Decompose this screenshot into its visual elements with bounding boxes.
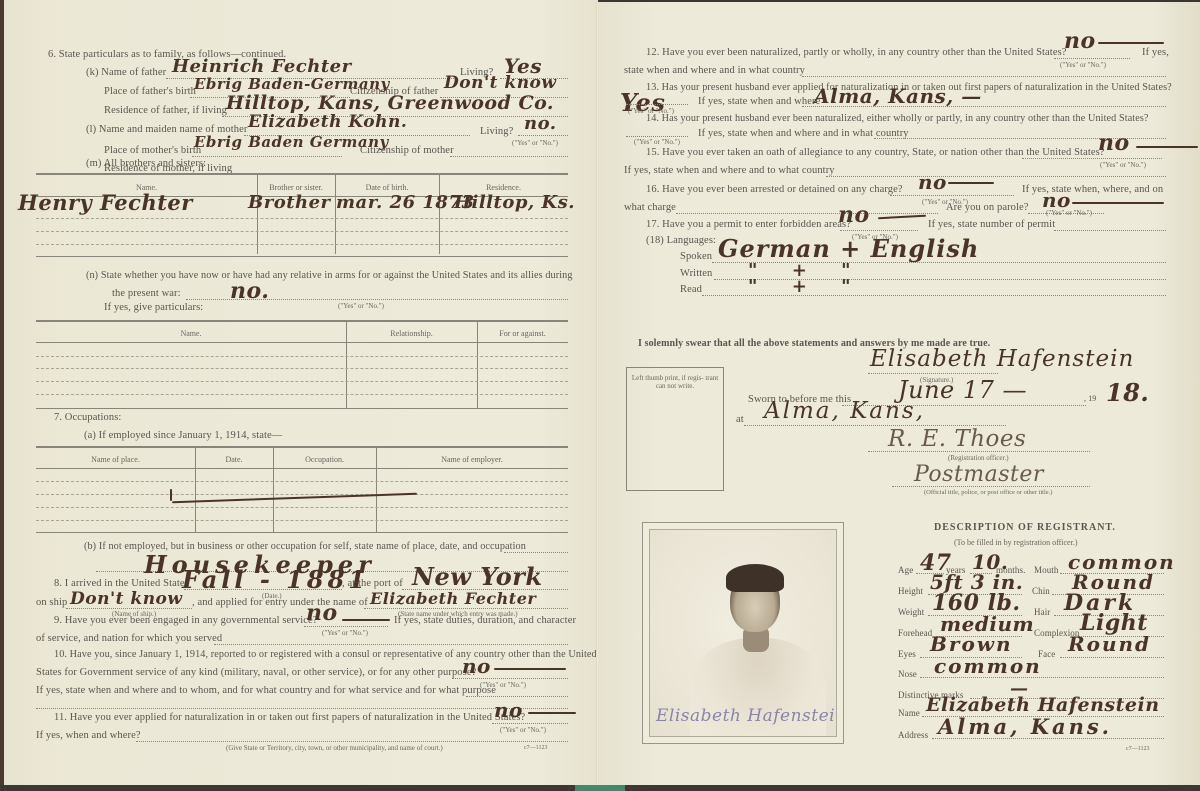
q9-label-cont: If yes, state duties, duration, and char…	[394, 615, 576, 626]
thumb-print-box[interactable]: Left thumb print, if regis- trant can no…	[626, 367, 724, 491]
occ-col-occupation: Occupation.	[273, 455, 376, 464]
name-label: Name	[898, 708, 920, 718]
parole-hint: ("Yes" or "No.")	[1046, 209, 1092, 217]
nose-value[interactable]: common	[934, 654, 1042, 678]
registrant-signature[interactable]: Elisabeth Hafenstein	[870, 346, 1134, 372]
mother-living-hint: ("Yes" or "No.")	[512, 139, 558, 147]
q13-where[interactable]: Alma, Kans, —	[814, 84, 982, 108]
mother-birth-label: Place of mother's birth	[104, 145, 201, 156]
q7a-label: (a) If employed since January 1, 1914, s…	[84, 430, 282, 441]
q16-charge-label: what charge	[624, 202, 676, 213]
ship-value[interactable]: Don't know	[70, 589, 183, 609]
q9-hint: ("Yes" or "No.")	[322, 629, 368, 637]
q14-label: 14. Has your present husband ever been n…	[646, 113, 1149, 124]
q11-ifyes-label: If yes, when and where?	[36, 730, 141, 741]
father-birth-label: Place of father's birth	[104, 86, 196, 97]
siblings-col-residence: Residence.	[439, 183, 568, 192]
relative-arms-answer[interactable]: no.	[230, 278, 269, 304]
left-form-number: c7—1123	[524, 745, 547, 751]
sibling-relation[interactable]: Brother	[248, 192, 331, 213]
arms-col-for-against: For or against.	[477, 329, 568, 338]
sworn-place[interactable]: Alma, Kans,	[764, 398, 925, 424]
mother-living-value[interactable]: no.	[524, 113, 557, 134]
father-citizenship-value[interactable]: Don't know	[444, 73, 557, 93]
q15-label: 15. Have you ever taken an oath of alleg…	[646, 147, 1105, 158]
nose-label: Nose	[898, 669, 917, 679]
mouth-label: Mouth	[1034, 565, 1059, 575]
mother-citizenship-label: Citizenship of mother	[360, 145, 454, 156]
scan-bottom-edge	[0, 785, 1200, 791]
q10-ifyes-label: If yes, state when and where and to whom…	[36, 685, 496, 696]
read-label: Read	[680, 284, 702, 295]
q11-court-hint: (Give State or Territory, city, town, or…	[226, 744, 443, 752]
eyes-value[interactable]: Brown	[930, 632, 1013, 656]
q9-answer[interactable]: no	[306, 600, 338, 626]
photo-signature: Elisabeth Hafenstein	[656, 706, 837, 726]
siblings-col-relation: Brother or sister.	[257, 183, 335, 192]
q17-ifyes-label: If yes, state number of permit	[928, 219, 1055, 230]
year-prefix: , 19	[1084, 394, 1096, 403]
age-label: Age	[898, 565, 913, 575]
occ-col-place: Name of place.	[36, 455, 195, 464]
hair-label: Hair	[1034, 607, 1050, 617]
q15-answer[interactable]: no	[1098, 130, 1130, 156]
weight-label: Weight	[898, 607, 924, 617]
parole-label: Are you on parole?	[946, 202, 1029, 213]
face-value[interactable]: Round	[1068, 632, 1151, 656]
q12-answer[interactable]: no	[1064, 28, 1096, 54]
relative-arms-hint: ("Yes" or "No.")	[338, 302, 384, 310]
port-label: , at the port of	[342, 578, 403, 589]
q17-answer[interactable]: no	[838, 202, 870, 228]
ship-label: on ship	[36, 597, 67, 608]
entry-name-label: , and applied for entry under the name o…	[192, 597, 368, 608]
relative-arms-label-cont: the present war:	[112, 288, 181, 299]
q10-answer[interactable]: no	[462, 654, 491, 678]
q11-label: 11. Have you ever applied for naturaliza…	[54, 712, 525, 723]
q14-hint: ("Yes" or "No.")	[634, 138, 680, 146]
q11-answer[interactable]: no	[494, 698, 523, 722]
arms-col-name: Name.	[36, 329, 346, 338]
mother-living-line	[518, 135, 568, 136]
title-hint: (Official title, police, or post office …	[924, 489, 1052, 496]
arms-col-relationship: Relationship.	[346, 329, 477, 338]
sworn-year[interactable]: 18.	[1106, 378, 1149, 407]
q17-label: 17. Have you a permit to enter forbidden…	[646, 219, 851, 230]
q15-ifyes-label: If yes, state when and where and to what…	[624, 165, 835, 176]
entry-name-value[interactable]: Elizabeth Fechter	[370, 589, 536, 608]
sibling-name[interactable]: Henry Fechter	[18, 190, 193, 215]
siblings-table-top	[36, 173, 568, 175]
q12-hint: ("Yes" or "No.")	[1060, 61, 1106, 69]
right-form-number: c7—1123	[1126, 746, 1149, 752]
q12-label: 12. Have you ever been naturalized, part…	[646, 47, 1067, 58]
q10-label: 10. Have you, since January 1, 1914, rep…	[54, 649, 597, 660]
siblings-col-dob: Date of birth.	[335, 183, 439, 192]
mother-citizenship-line	[450, 156, 568, 157]
address-label: Address	[898, 730, 928, 740]
mother-birth-line	[192, 156, 342, 157]
q7-heading: 7. Occupations:	[54, 412, 121, 423]
description-subtitle: (To be filled in by registration officer…	[954, 538, 1077, 547]
q11-hint: ("Yes" or "No.")	[500, 726, 546, 734]
at-label: at	[736, 414, 744, 425]
officer-title[interactable]: Postmaster	[914, 462, 1044, 487]
q18-label: (18) Languages:	[646, 235, 716, 246]
q12-label-cont: state when and where and in what country	[624, 65, 805, 76]
q16-label: 16. Have you ever been arrested or detai…	[646, 184, 903, 195]
relative-arms-label: (n) State whether you have now or have h…	[86, 270, 573, 281]
written-label: Written	[680, 268, 712, 279]
mother-living-label: Living?	[480, 126, 513, 137]
right-page: 12. Have you ever been naturalized, part…	[598, 0, 1200, 785]
arrival-date-value[interactable]: Fall - 1881	[182, 565, 369, 594]
father-residence-label: Residence of father, if living	[104, 105, 227, 116]
q10-label-cont: States for Government service of any kin…	[36, 667, 476, 678]
q16-answer[interactable]: no	[918, 170, 947, 194]
arrival-label: 8. I arrived in the United States	[54, 578, 189, 589]
registrant-photo: Elisabeth Hafenstein	[642, 522, 844, 744]
port-value[interactable]: New York	[412, 562, 543, 591]
occ-col-employer: Name of employer.	[376, 455, 568, 464]
eyes-label: Eyes	[898, 649, 916, 659]
particulars-label: If yes, give particulars:	[104, 302, 203, 313]
occ-col-date: Date.	[195, 455, 273, 464]
father-name-value[interactable]: Heinrich Fechter	[172, 56, 352, 77]
q12-ifyes-label: If yes,	[1142, 47, 1169, 58]
sibling-residence[interactable]: Hilltop, Ks.	[454, 192, 575, 213]
registration-officer-signature[interactable]: R. E. Thoes	[888, 426, 1026, 452]
left-page: 6. State particulars as to family, as fo…	[0, 0, 598, 785]
spoken-value[interactable]: German + English	[718, 234, 979, 263]
address-value[interactable]: Alma, Kans.	[938, 714, 1112, 739]
forehead-label: Forehead	[898, 628, 932, 638]
father-residence-value[interactable]: Hilltop, Kans, Greenwood Co.	[226, 92, 554, 114]
officer-hint: (Registration officer.)	[948, 454, 1009, 462]
father-name-label: (k) Name of father	[86, 67, 166, 78]
name-value[interactable]: Elizabeth Hafenstein	[926, 694, 1160, 716]
q9-label: 9. Have you ever been engaged in any gov…	[54, 615, 318, 626]
q15-hint: ("Yes" or "No.")	[1100, 161, 1146, 169]
description-title: DESCRIPTION OF REGISTRANT.	[934, 522, 1116, 533]
height-label: Height	[898, 586, 923, 596]
thumb-print-label: Left thumb print, if regis- trant can no…	[631, 374, 719, 390]
mother-name-value[interactable]: Elizabeth Kohn.	[248, 112, 407, 132]
q9-label-cont2: of service, and nation for which you ser…	[36, 633, 222, 644]
read-value[interactable]: " + "	[748, 276, 851, 297]
spoken-label: Spoken	[680, 251, 712, 262]
siblings-label: (m) All brothers and sisters:	[86, 158, 206, 169]
chin-label: Chin	[1032, 586, 1050, 596]
